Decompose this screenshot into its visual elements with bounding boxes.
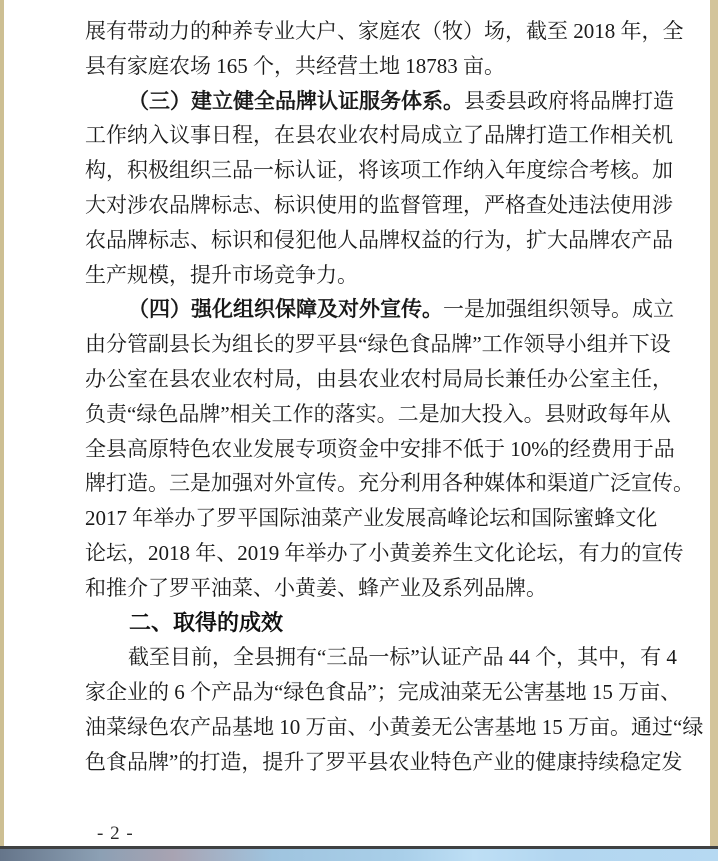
text-run: 工作纳入议事日程，在县农业农村局成立了品牌打造工作相关机 bbox=[85, 123, 673, 147]
text-line: 2017 年举办了罗平国际油菜产业发展高峰论坛和国际蜜蜂文化 bbox=[85, 501, 639, 536]
text-run: 县有家庭农场 165 个，共经营土地 18783 亩。 bbox=[85, 54, 505, 78]
text-line: 大对涉农品牌标志、标识使用的监督管理，严格查处违法使用涉 bbox=[85, 188, 639, 223]
text-run: 油菜绿色农产品基地 10 万亩、小黄姜无公害基地 15 万亩。通过“绿 bbox=[85, 715, 703, 739]
bold-lead-in: （三）建立健全品牌认证服务体系。 bbox=[128, 89, 464, 113]
document-page: 展有带动力的种养专业大户、家庭农（牧）场，截至 2018 年，全县有家庭农场 1… bbox=[4, 0, 710, 846]
text-line: 油菜绿色农产品基地 10 万亩、小黄姜无公害基地 15 万亩。通过“绿 bbox=[85, 710, 639, 745]
section-heading: 二、取得的成效 bbox=[85, 606, 639, 641]
page-number: - 2 - bbox=[97, 823, 134, 845]
text-line: 截至目前，全县拥有“三品一标”认证产品 44 个，其中，有 4 bbox=[85, 640, 639, 675]
text-run: 家企业的 6 个产品为“绿色食品”；完成油菜无公害基地 15 万亩、 bbox=[85, 680, 681, 704]
text-run: 县委县政府将品牌打造 bbox=[464, 89, 674, 113]
text-line: 工作纳入议事日程，在县农业农村局成立了品牌打造工作相关机 bbox=[85, 118, 639, 153]
taskbar-edge bbox=[0, 849, 718, 861]
text-run: 和推介了罗平油菜、小黄姜、蜂产业及系列品牌。 bbox=[85, 576, 547, 600]
text-run: 大对涉农品牌标志、标识使用的监督管理，严格查处违法使用涉 bbox=[85, 193, 673, 217]
text-line: 构，积极组织三品一标认证，将该项工作纳入年度综合考核。加 bbox=[85, 153, 639, 188]
text-line: 生产规模，提升市场竞争力。 bbox=[85, 258, 639, 293]
text-line: 展有带动力的种养专业大户、家庭农（牧）场，截至 2018 年，全 bbox=[85, 14, 639, 49]
bold-lead-in: （四）强化组织保障及对外宣传。 bbox=[128, 297, 443, 321]
text-run: 论坛，2018 年、2019 年举办了小黄姜养生文化论坛，有力的宣传 bbox=[85, 541, 684, 565]
text-line: 全县高原特色农业发展专项资金中安排不低于 10%的经费用于品 bbox=[85, 432, 639, 467]
text-line: 办公室在县农业农村局，由县农业农村局局长兼任办公室主任， bbox=[85, 362, 639, 397]
text-line: 论坛，2018 年、2019 年举办了小黄姜养生文化论坛，有力的宣传 bbox=[85, 536, 639, 571]
text-run: 截至目前，全县拥有“三品一标”认证产品 44 个，其中，有 4 bbox=[128, 645, 677, 669]
text-run: 构，积极组织三品一标认证，将该项工作纳入年度综合考核。加 bbox=[85, 158, 673, 182]
text-line: 由分管副县长为组长的罗平县“绿色食品牌”工作领导小组并下设 bbox=[85, 327, 639, 362]
text-line: 负责“绿色品牌”相关工作的落实。二是加大投入。县财政每年从 bbox=[85, 397, 639, 432]
text-run: 2017 年举办了罗平国际油菜产业发展高峰论坛和国际蜜蜂文化 bbox=[85, 506, 657, 530]
text-line: 色食品牌”的打造，提升了罗平县农业特色产业的健康持续稳定发 bbox=[85, 745, 639, 780]
text-run: 负责“绿色品牌”相关工作的落实。二是加大投入。县财政每年从 bbox=[85, 402, 671, 426]
text-run: 牌打造。三是加强对外宣传。充分利用各种媒体和渠道广泛宣传。 bbox=[85, 471, 694, 495]
text-line: 县有家庭农场 165 个，共经营土地 18783 亩。 bbox=[85, 49, 639, 84]
text-line: （四）强化组织保障及对外宣传。一是加强组织领导。成立 bbox=[85, 292, 639, 327]
text-run: 办公室在县农业农村局，由县农业农村局局长兼任办公室主任， bbox=[85, 367, 673, 391]
text-run: 由分管副县长为组长的罗平县“绿色食品牌”工作领导小组并下设 bbox=[85, 332, 671, 356]
text-run: 生产规模，提升市场竞争力。 bbox=[85, 263, 358, 287]
text-run: 展有带动力的种养专业大户、家庭农（牧）场，截至 2018 年，全 bbox=[85, 19, 684, 43]
text-run: 全县高原特色农业发展专项资金中安排不低于 10%的经费用于品 bbox=[85, 437, 675, 461]
text-run: 色食品牌”的打造，提升了罗平县农业特色产业的健康持续稳定发 bbox=[85, 750, 682, 774]
text-line: 和推介了罗平油菜、小黄姜、蜂产业及系列品牌。 bbox=[85, 571, 639, 606]
right-border-strip bbox=[710, 0, 718, 846]
text-run: 农品牌标志、标识和侵犯他人品牌权益的行为，扩大品牌农产品 bbox=[85, 228, 673, 252]
text-line: 农品牌标志、标识和侵犯他人品牌权益的行为，扩大品牌农产品 bbox=[85, 223, 639, 258]
left-border-strip bbox=[0, 0, 4, 846]
text-run: 一是加强组织领导。成立 bbox=[443, 297, 674, 321]
text-block: 展有带动力的种养专业大户、家庭农（牧）场，截至 2018 年，全县有家庭农场 1… bbox=[85, 14, 639, 780]
text-line: 牌打造。三是加强对外宣传。充分利用各种媒体和渠道广泛宣传。 bbox=[85, 466, 639, 501]
text-line: （三）建立健全品牌认证服务体系。县委县政府将品牌打造 bbox=[85, 84, 639, 119]
text-line: 家企业的 6 个产品为“绿色食品”；完成油菜无公害基地 15 万亩、 bbox=[85, 675, 639, 710]
